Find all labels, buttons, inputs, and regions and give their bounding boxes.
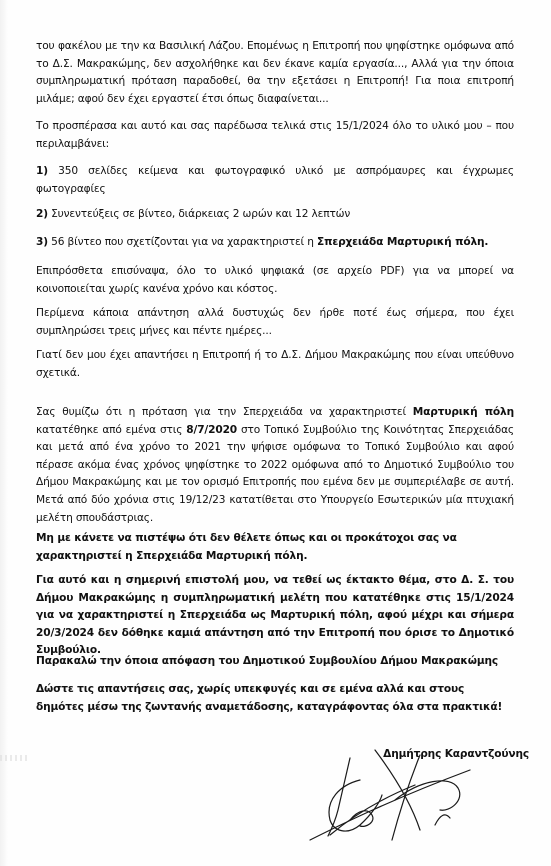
text-segment: 1) [36,165,48,177]
paragraph-pdf-attachment: Επιπρόσθετα επισύναψα, όλο το υλικό ψηφι… [36,263,514,298]
paragraph-request-decision: Παρακαλώ την όποια απόφαση του Δημοτικού… [36,653,514,671]
text-segment: στο Τοπικό Συμβούλιο της Κοινότητας Σπερ… [36,424,514,524]
text-segment: Το προσπέρασα και αυτό και σας παρέδωσα … [36,120,514,150]
paragraph-history: Σας θυμίζω ότι η πρόταση για την Σπερχει… [36,404,514,527]
text-segment: Γιατί δεν μου έχει απαντήσει η Επιτροπή … [36,349,514,379]
paragraph-awaiting-reply: Περίμενα κάποια απάντηση αλλά δυστυχώς δ… [36,305,514,340]
paragraph-why-no-answer: Γιατί δεν μου έχει απαντήσει η Επιτροπή … [36,347,514,382]
text-segment: Δώστε τις απαντήσεις σας, χωρίς υπεκφυγέ… [36,683,502,713]
text-segment: Επιπρόσθετα επισύναψα, όλο το υλικό ψηφι… [36,265,514,295]
list-item-1: 1) 350 σελίδες κείμενα και φωτογραφικό υ… [36,163,514,198]
text-segment: 3) [36,236,48,248]
text-segment: Περίμενα κάποια απάντηση αλλά δυστυχώς δ… [36,307,514,337]
paragraph-material-delivered: Το προσπέρασα και αυτό και σας παρέδωσα … [36,118,514,153]
paragraph-request-agenda: Για αυτό και η σημερινή επιστολή μου, να… [36,572,514,660]
text-segment: του φακέλου με την κα Βασιλική Λάζου. Επ… [36,40,514,105]
text-segment: 350 σελίδες κείμενα και φωτογραφικό υλικ… [36,165,514,195]
text-segment: 56 βίντεο που σχετίζονται για να χαρακτη… [48,236,317,248]
letter-page: του φακέλου με την κα Βασιλική Λάζου. Επ… [0,0,551,866]
text-segment: Παρακαλώ την όποια απόφαση του Δημοτικού… [36,655,498,667]
text-segment: κατατέθηκε από εμένα στις [36,424,186,436]
scan-edge-shadow [0,0,8,866]
text-segment: Μαρτυρική πόλη [413,406,514,418]
text-segment: Μη με κάνετε να πιστέψω ότι δεν θέλετε ό… [36,532,457,562]
paragraph-committee-inaction: του φακέλου με την κα Βασιλική Λάζου. Επ… [36,38,514,108]
list-item-3: 3) 56 βίντεο που σχετίζονται για να χαρα… [36,234,514,252]
text-segment: Συνεντεύξεις σε βίντεο, διάρκειας 2 ωρών… [48,208,350,220]
list-item-2: 2) Συνεντεύξεις σε βίντεο, διάρκειας 2 ω… [36,206,514,224]
paragraph-dont-make-me-believe: Μη με κάνετε να πιστέψω ότι δεν θέλετε ό… [36,530,514,565]
text-segment: 8/7/2020 [186,424,237,436]
paragraph-give-answers: Δώστε τις απαντήσεις σας, χωρίς υπεκφυγέ… [36,681,514,716]
scan-speckle [0,755,30,761]
text-segment: Σπερχειάδα Μαρτυρική πόλη. [317,236,488,248]
text-segment: Για αυτό και η σημερινή επιστολή μου, να… [36,574,514,656]
text-segment: 2) [36,208,48,220]
text-segment: Σας θυμίζω ότι η πρόταση για την Σπερχει… [36,406,413,418]
handwritten-signature-icon [300,740,520,850]
